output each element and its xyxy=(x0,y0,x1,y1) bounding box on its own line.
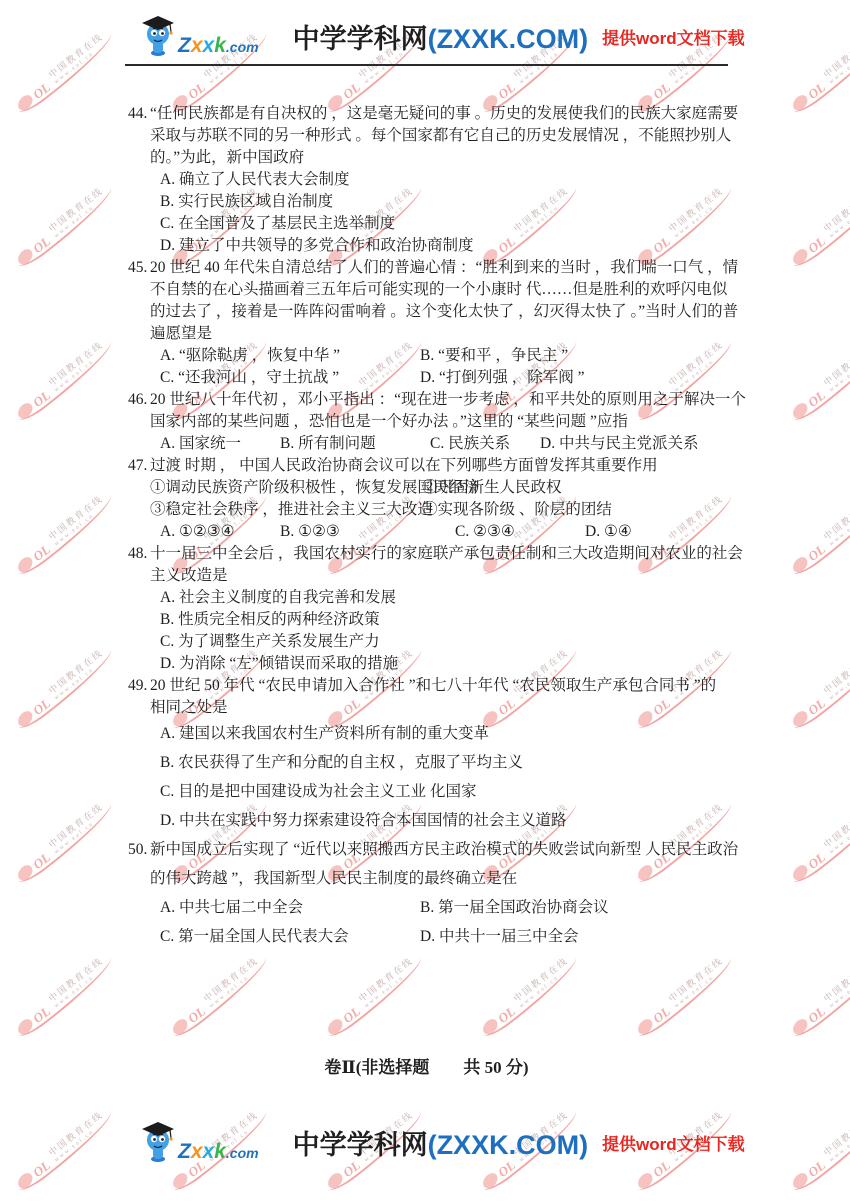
stem-text: 采取与苏联不同的另一种形式 。每个国家都有它自己的历史发展情况 ，不能照抄别人 xyxy=(150,127,731,144)
watermark-url-text: www.eol.cn xyxy=(829,502,850,547)
swoosh-icon xyxy=(790,186,850,271)
eol-e-icon xyxy=(15,1016,35,1037)
eol-e-icon xyxy=(790,1170,810,1191)
eol-e-icon xyxy=(480,1170,500,1191)
eol-watermark-body: OL中国教育在线www.eol.cn xyxy=(787,802,850,883)
option: C. 目的是把中国建设成为社会主义工业 化国家 xyxy=(160,777,476,806)
section2-title: 卷Ⅱ(非选择题 共 50 分) xyxy=(125,1053,728,1078)
option-row: A. 确立了人民代表大会制度 xyxy=(150,169,740,191)
watermark-url-text: www.eol.cn xyxy=(829,194,850,239)
option: A. 建国以来我国农村生产资料所有制的重大变革 xyxy=(160,719,489,748)
stem-text: 20 世纪 50 年代 “农民申请加入合作社 ”和七八十年代 “农民领取生产承包… xyxy=(150,677,716,694)
option: B. 性质完全相反的两种经济政策 xyxy=(160,609,380,631)
option-row: D. 中共在实践中努力探索建设符合本国国情的社会主义道路 xyxy=(150,806,740,835)
option: B. 农民获得了生产和分配的自主权 ，克服了平均主义 xyxy=(160,748,523,777)
question-46: 46.20 世纪八十年代初 ，邓小平指出 ：“现在进一步考虑 ，和平共处的原则用… xyxy=(128,389,740,455)
question-45: 45.20 世纪 40 年代朱自清总结了人们的普遍心情 ：“胜利到来的当时 ，我… xyxy=(128,257,740,389)
watermark-url-text: www.eol.cn xyxy=(209,964,265,1009)
eol-watermark: OL中国教育在线www.eol.cn xyxy=(794,183,850,271)
stem-text: 国家内部的某些问题 ，恐怕也是一个好办法 。”这里的 “某些问题 ”应指 xyxy=(150,413,628,430)
question-stem-line: 的过去了 ，接着是一阵阵闷雷响着 。这个变化太快了 ，幻灭得太快了 。”当时人们… xyxy=(150,301,740,323)
watermark-cn-text: 中国教育在线 xyxy=(822,340,850,388)
watermark-text: 中国教育在线www.eol.cn xyxy=(822,956,850,1009)
option-row: C. 为了调整生产关系发展生产力 xyxy=(150,631,740,653)
option: A. 确立了人民代表大会制度 xyxy=(160,169,349,191)
question-stem-line: 国家内部的某些问题 ，恐怕也是一个好办法 。”这里的 “某些问题 ”应指 xyxy=(150,411,740,433)
eol-watermark: OL中国教育在线www.eol.cn xyxy=(329,953,461,1041)
option-row: A. 中共七届二中全会B. 第一届全国政治协商会议 xyxy=(150,893,740,922)
stem-text: 的伟大跨越 ”，我国新型人民民主制度的最终确立是在 xyxy=(150,870,517,887)
questions: 44.“任何民族都是有自决权的 ，这是毫无疑问的事 。历史的发展使我们的民族大家… xyxy=(0,66,740,951)
watermark-url-text: www.eol.cn xyxy=(829,964,850,1009)
eol-e-icon xyxy=(790,1016,810,1037)
logo-letter: x xyxy=(191,1140,203,1163)
question-stem-line: 的伟大跨越 ”，我国新型人民民主制度的最终确立是在 xyxy=(150,864,740,893)
eol-ol-text: OL xyxy=(806,851,826,870)
option: D. 中共十一届三中全会 xyxy=(420,922,578,951)
stem-text: 相同之处是 xyxy=(150,699,228,716)
watermark-cn-text: 中国教育在线 xyxy=(822,802,850,850)
eol-watermark-body: OL中国教育在线www.eol.cn xyxy=(787,186,850,267)
option-row: A. “驱除鞑虏 ，恢复中华 ”B. “要和平 ，争民主 ” xyxy=(150,345,740,367)
option-row: A. 建国以来我国农村生产资料所有制的重大变革 xyxy=(150,719,740,748)
stem-text: 20 世纪八十年代初 ，邓小平指出 ：“现在进一步考虑 ，和平共处的原则用之于解… xyxy=(150,391,746,408)
option: D. 为消除 “左”倾错误而采取的措施 xyxy=(160,653,398,675)
watermark-url-text: www.eol.cn xyxy=(674,964,730,1009)
option: ①调动民族资产阶级积极性 ，恢复发展国民经济 xyxy=(150,477,422,499)
option: B. 第一届全国政治协商会议 xyxy=(420,893,609,922)
option-row: C. 目的是把中国建设成为社会主义工业 化国家 xyxy=(150,777,740,806)
logo-letter: x xyxy=(203,1140,215,1163)
eol-ol-text: OL xyxy=(496,1005,516,1024)
option-row: ①调动民族资产阶级积极性 ，恢复发展国民经济②巩固新生人民政权 xyxy=(150,477,740,499)
stem-text: “任何民族都是有自决权的 ，这是毫无疑问的事 。历史的发展使我们的民族大家庭需要 xyxy=(150,105,738,122)
option-row: D. 建立了中共领导的多党合作和政治协商制度 xyxy=(150,235,740,257)
question-stem-line: 48.十一届三中全会后 ，我国农村实行的家庭联产承包责任制和三大改造期间对农业的… xyxy=(150,543,740,565)
site-domain: (ZXXK.COM) xyxy=(428,1130,588,1160)
eol-e-icon xyxy=(790,554,810,575)
question-stem-line: 的。”为此，新中国政府 xyxy=(150,147,740,169)
watermark-cn-text: 中国教育在线 xyxy=(512,956,570,1004)
watermark-cn-text: 中国教育在线 xyxy=(822,956,850,1004)
option: B. “要和平 ，争民主 ” xyxy=(420,345,568,367)
watermark-text: 中国教育在线www.eol.cn xyxy=(357,956,419,1009)
eol-ol-text: OL xyxy=(806,389,826,408)
logo-letter: k xyxy=(214,1140,226,1163)
zxxk-logo: Zxxk.com xyxy=(140,1121,259,1163)
eol-watermark-body: OL中国教育在线www.eol.cn xyxy=(167,956,264,1037)
stem-text: 主义改造是 xyxy=(150,567,228,584)
stem-text: 十一届三中全会后 ，我国农村实行的家庭联产承包责任制和三大改造期间对农业的社会 xyxy=(150,545,743,562)
question-44: 44.“任何民族都是有自决权的 ，这是毫无疑问的事 。历史的发展使我们的民族大家… xyxy=(128,103,740,257)
option-row: C. “还我河山 ，守土抗战 ”D. “打倒列强 ，除军阀 ” xyxy=(150,367,740,389)
eol-ol-text: OL xyxy=(806,543,826,562)
watermark-url-text: www.eol.cn xyxy=(829,656,850,701)
option-row: D. 为消除 “左”倾错误而采取的措施 xyxy=(150,653,740,675)
eol-e-icon xyxy=(635,1016,655,1037)
question-number: 49. xyxy=(128,675,147,697)
option-row: C. 在全国普及了基层民主选举制度 xyxy=(150,213,740,235)
eol-e-icon xyxy=(325,1170,345,1191)
logo-letter: Z xyxy=(178,34,191,57)
question-49: 49.20 世纪 50 年代 “农民申请加入合作社 ”和七八十年代 “农民领取生… xyxy=(128,675,740,835)
eol-watermark: OL中国教育在线www.eol.cn xyxy=(484,953,616,1041)
swoosh-icon xyxy=(325,956,428,1041)
swoosh-icon xyxy=(790,802,850,887)
eol-ol-text: OL xyxy=(31,1005,51,1024)
option: B. 所有制问题 xyxy=(280,433,430,455)
eol-ol-text: OL xyxy=(806,1005,826,1024)
watermark-text: 中国教育在线www.eol.cn xyxy=(667,956,729,1009)
question-stem-line: 46.20 世纪八十年代初 ，邓小平指出 ：“现在进一步考虑 ，和平共处的原则用… xyxy=(150,389,740,411)
eol-e-icon xyxy=(325,1016,345,1037)
swoosh-icon xyxy=(170,956,273,1041)
option: A. ①②③④ xyxy=(160,521,280,543)
eol-e-icon xyxy=(635,1170,655,1191)
swoosh-icon xyxy=(790,956,850,1041)
eol-watermark-body: OL中国教育在线www.eol.cn xyxy=(322,956,419,1037)
question-47: 47.过渡 时期 ， 中国人民政治协商会议可以在下列哪些方面曾发挥其重要作用①调… xyxy=(128,455,740,543)
option: C. 在全国普及了基层民主选举制度 xyxy=(160,213,395,235)
option: ④实现各阶级 、阶层的团结 xyxy=(422,499,612,521)
question-number: 47. xyxy=(128,455,147,477)
eol-e-icon xyxy=(790,862,810,883)
watermark-cn-text: 中国教育在线 xyxy=(47,956,105,1004)
watermark-cn-text: 中国教育在线 xyxy=(357,956,415,1004)
eol-watermark: OL中国教育在线www.eol.cn xyxy=(794,491,850,579)
eol-watermark: OL中国教育在线www.eol.cn xyxy=(174,953,306,1041)
question-stem-line: 遍愿望是 xyxy=(150,323,740,345)
eol-watermark-body: OL中国教育在线www.eol.cn xyxy=(787,956,850,1037)
watermark-text: 中国教育在线www.eol.cn xyxy=(822,648,850,701)
question-stem-line: 不自禁的在心头描画着三五年后可能实现的一个小康时 代……但是胜利的欢呼闪电似 xyxy=(150,279,740,301)
watermark-url-text: www.eol.cn xyxy=(829,348,850,393)
watermark-url-text: www.eol.cn xyxy=(519,964,575,1009)
option: D. ①④ xyxy=(585,521,632,543)
logo-letter: .com xyxy=(226,39,259,55)
option: C. 第一届全国人民代表大会 xyxy=(160,922,420,951)
stem-text: 的过去了 ，接着是一阵阵闷雷响着 。这个变化太快了 ，幻灭得太快了 。”当时人们… xyxy=(150,303,738,320)
option-row: B. 性质完全相反的两种经济政策 xyxy=(150,609,740,631)
watermark-text: 中国教育在线www.eol.cn xyxy=(47,956,109,1009)
swoosh-icon xyxy=(790,494,850,579)
option: C. ②③④ xyxy=(455,521,585,543)
watermark-text: 中国教育在线www.eol.cn xyxy=(512,956,574,1009)
option: C. 民族关系 xyxy=(430,433,540,455)
eol-e-icon xyxy=(790,708,810,729)
eol-watermark: OL中国教育在线www.eol.cn xyxy=(794,645,850,733)
option: ③稳定社会秩序 ，推进社会主义三大改造 xyxy=(150,499,422,521)
stem-text: 新中国成立后实现了 “近代以来照搬西方民主政治模式的失败尝试向新型 人民民主政治 xyxy=(150,841,738,858)
question-number: 50. xyxy=(128,835,147,864)
watermark-cn-text: 中国教育在线 xyxy=(822,494,850,542)
site-footer: Zxxk.com 中学学科网(ZXXK.COM) 提供word文档下载 xyxy=(0,1108,850,1172)
watermark-url-text: www.eol.cn xyxy=(364,964,420,1009)
eol-watermark-body: OL中国教育在线www.eol.cn xyxy=(787,648,850,729)
exam-page: OL中国教育在线www.eol.cnOL中国教育在线www.eol.cnOL中国… xyxy=(0,0,850,1202)
logo-letter: x xyxy=(203,34,215,57)
stem-text: 20 世纪 40 年代朱自清总结了人们的普遍心情 ：“胜利到来的当时 ，我们喘一… xyxy=(150,259,738,276)
download-tagline: 提供word文档下载 xyxy=(602,1130,745,1155)
watermark-cn-text: 中国教育在线 xyxy=(667,956,725,1004)
eol-watermark: OL中国教育在线www.eol.cn xyxy=(794,337,850,425)
eol-watermark: OL中国教育在线www.eol.cn xyxy=(794,799,850,887)
logo-letter: .com xyxy=(226,1145,259,1161)
swoosh-icon xyxy=(15,956,118,1041)
question-stem-line: 44.“任何民族都是有自决权的 ，这是毫无疑问的事 。历史的发展使我们的民族大家… xyxy=(150,103,740,125)
watermark-url-text: www.eol.cn xyxy=(54,964,110,1009)
stem-text: 不自禁的在心头描画着三五年后可能实现的一个小康时 代……但是胜利的欢呼闪电似 xyxy=(150,281,727,298)
download-tagline: 提供word文档下载 xyxy=(602,24,745,49)
site-header: Zxxk.com 中学学科网(ZXXK.COM) 提供word文档下载 xyxy=(0,0,850,64)
mascot-icon xyxy=(140,1121,176,1163)
watermark-text: 中国教育在线www.eol.cn xyxy=(822,340,850,393)
eol-watermark-body: OL中国教育在线www.eol.cn xyxy=(477,956,574,1037)
watermark-url-text: www.eol.cn xyxy=(829,810,850,855)
logo-letter: Z xyxy=(178,1140,191,1163)
option-row: B. 实行民族区域自治制度 xyxy=(150,191,740,213)
question-number: 45. xyxy=(128,257,147,279)
eol-ol-text: OL xyxy=(806,697,826,716)
site-domain: (ZXXK.COM) xyxy=(428,24,588,54)
option-row: A. ①②③④B. ①②③C. ②③④D. ①④ xyxy=(150,521,740,543)
watermark-cn-text: 中国教育在线 xyxy=(822,648,850,696)
option-row: ③稳定社会秩序 ，推进社会主义三大改造④实现各阶级 、阶层的团结 xyxy=(150,499,740,521)
eol-watermark: OL中国教育在线www.eol.cn xyxy=(19,953,151,1041)
eol-watermark-body: OL中国教育在线www.eol.cn xyxy=(632,956,729,1037)
swoosh-icon xyxy=(790,648,850,733)
option: A. “驱除鞑虏 ，恢复中华 ” xyxy=(160,345,420,367)
eol-watermark: OL中国教育在线www.eol.cn xyxy=(639,953,771,1041)
option: A. 中共七届二中全会 xyxy=(160,893,420,922)
question-stem-line: 主义改造是 xyxy=(150,565,740,587)
question-stem-line: 45.20 世纪 40 年代朱自清总结了人们的普遍心情 ：“胜利到来的当时 ，我… xyxy=(150,257,740,279)
swoosh-icon xyxy=(635,956,738,1041)
eol-e-icon xyxy=(480,1016,500,1037)
option: C. 为了调整生产关系发展生产力 xyxy=(160,631,380,653)
swoosh-icon xyxy=(480,956,583,1041)
eol-ol-text: OL xyxy=(806,81,826,100)
eol-ol-text: OL xyxy=(186,1005,206,1024)
mascot-icon xyxy=(140,15,176,57)
zxxk-logo-word: Zxxk.com xyxy=(178,1142,259,1163)
question-stem-line: 50.新中国成立后实现了 “近代以来照搬西方民主政治模式的失败尝试向新型 人民民… xyxy=(150,835,740,864)
eol-watermark-body: OL中国教育在线www.eol.cn xyxy=(12,956,109,1037)
footer-wrap: Zxxk.com 中学学科网(ZXXK.COM) 提供word文档下载 xyxy=(0,1108,850,1172)
question-stem-line: 相同之处是 xyxy=(150,697,740,719)
option: B. 实行民族区域自治制度 xyxy=(160,191,333,213)
stem-text: 过渡 时期 ， 中国人民政治协商会议可以在下列哪些方面曾发挥其重要作用 xyxy=(150,457,658,474)
option-row: C. 第一届全国人民代表大会D. 中共十一届三中全会 xyxy=(150,922,740,951)
option: ②巩固新生人民政权 xyxy=(422,477,562,499)
site-name: 中学学科网 xyxy=(293,1130,428,1160)
watermark-text: 中国教育在线www.eol.cn xyxy=(822,494,850,547)
eol-e-icon xyxy=(790,92,810,113)
question-48: 48.十一届三中全会后 ，我国农村实行的家庭联产承包责任制和三大改造期间对农业的… xyxy=(128,543,740,675)
zxxk-logo: Zxxk.com xyxy=(140,15,259,57)
option-row: A. 社会主义制度的自我完善和发展 xyxy=(150,587,740,609)
option: B. ①②③ xyxy=(280,521,455,543)
eol-ol-text: OL xyxy=(651,1005,671,1024)
zxxk-logo-word: Zxxk.com xyxy=(178,36,259,57)
option: D. 中共与民主党派关系 xyxy=(540,433,698,455)
watermark-cn-text: 中国教育在线 xyxy=(822,186,850,234)
question-number: 48. xyxy=(128,543,147,565)
question-50: 50.新中国成立后实现了 “近代以来照搬西方民主政治模式的失败尝试向新型 人民民… xyxy=(128,835,740,951)
eol-watermark-body: OL中国教育在线www.eol.cn xyxy=(787,494,850,575)
question-number: 44. xyxy=(128,103,147,125)
question-stem-line: 采取与苏联不同的另一种形式 。每个国家都有它自己的历史发展情况 ，不能照抄别人 xyxy=(150,125,740,147)
question-stem-line: 49.20 世纪 50 年代 “农民申请加入合作社 ”和七八十年代 “农民领取生… xyxy=(150,675,740,697)
eol-e-icon xyxy=(170,1170,190,1191)
site-name: 中学学科网 xyxy=(293,24,428,54)
eol-e-icon xyxy=(790,400,810,421)
question-number: 46. xyxy=(128,389,147,411)
logo-letter: x xyxy=(191,34,203,57)
stem-text: 遍愿望是 xyxy=(150,325,212,342)
option: A. 社会主义制度的自我完善和发展 xyxy=(160,587,396,609)
option-row: B. 农民获得了生产和分配的自主权 ，克服了平均主义 xyxy=(150,748,740,777)
watermark-cn-text: 中国教育在线 xyxy=(202,956,260,1004)
watermark-text: 中国教育在线www.eol.cn xyxy=(822,802,850,855)
option: D. 建立了中共领导的多党合作和政治协商制度 xyxy=(160,235,473,257)
eol-ol-text: OL xyxy=(341,1005,361,1024)
eol-e-icon xyxy=(790,246,810,267)
option-row: A. 国家统一B. 所有制问题C. 民族关系D. 中共与民主党派关系 xyxy=(150,433,740,455)
option: D. “打倒列强 ，除军阀 ” xyxy=(420,367,584,389)
eol-watermark: OL中国教育在线www.eol.cn xyxy=(794,953,850,1041)
option: C. “还我河山 ，守土抗战 ” xyxy=(160,367,420,389)
eol-ol-text: OL xyxy=(806,235,826,254)
eol-e-icon xyxy=(170,1016,190,1037)
watermark-text: 中国教育在线www.eol.cn xyxy=(822,186,850,239)
site-title: 中学学科网(ZXXK.COM) xyxy=(293,1123,588,1162)
question-stem-line: 47.过渡 时期 ， 中国人民政治协商会议可以在下列哪些方面曾发挥其重要作用 xyxy=(150,455,740,477)
logo-letter: k xyxy=(214,34,226,57)
option: D. 中共在实践中努力探索建设符合本国国情的社会主义道路 xyxy=(160,806,566,835)
eol-watermark-body: OL中国教育在线www.eol.cn xyxy=(787,340,850,421)
watermark-text: 中国教育在线www.eol.cn xyxy=(202,956,264,1009)
swoosh-icon xyxy=(790,340,850,425)
stem-text: 的。”为此，新中国政府 xyxy=(150,149,304,166)
eol-e-icon xyxy=(15,1170,35,1191)
site-title: 中学学科网(ZXXK.COM) xyxy=(293,17,588,56)
option: A. 国家统一 xyxy=(160,433,280,455)
